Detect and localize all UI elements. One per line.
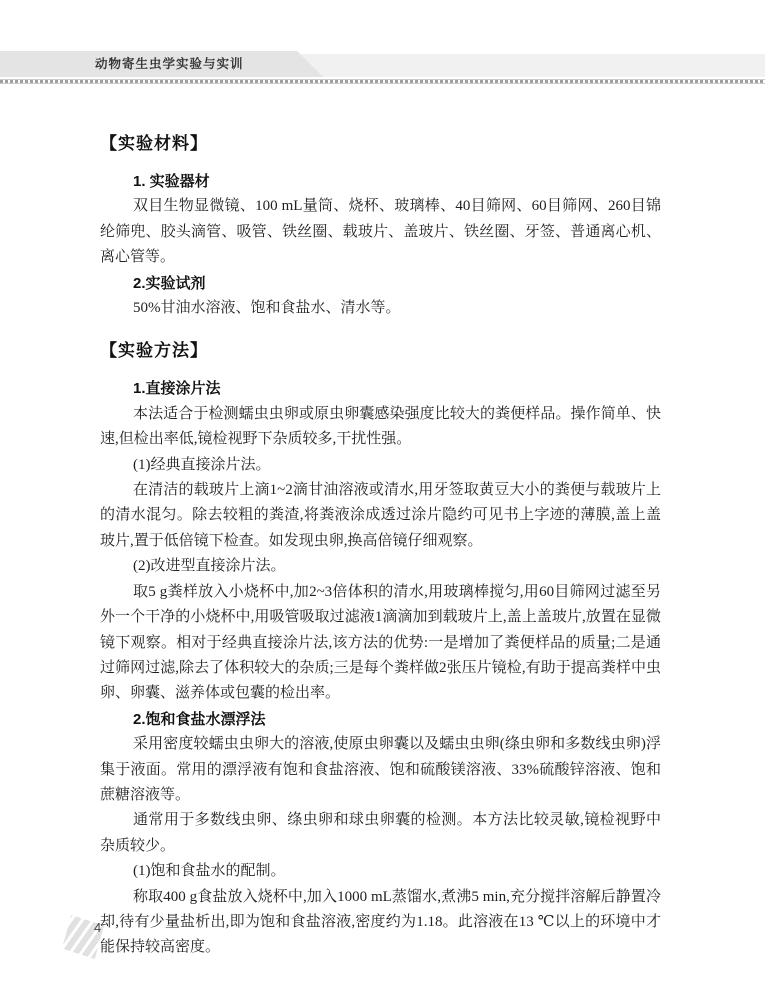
- list-item-improved-smear: (2)改进型直接涂片法。: [100, 554, 661, 579]
- paragraph-flotation-principle: 采用密度较蠕虫虫卵大的溶液,使原虫卵囊以及蠕虫虫卵(绦虫卵和多数线虫卵)浮集于液…: [100, 732, 661, 808]
- paragraph-improved-smear-steps: 取5 g粪样放入小烧杯中,加2~3倍体积的清水,用玻璃棒搅匀,用60目筛网过滤至…: [100, 580, 661, 707]
- running-head-book-title: 动物寄生虫学实验与实训: [95, 51, 244, 77]
- paragraph-reagents-list: 50%甘油水溶液、饱和食盐水、清水等。: [100, 296, 661, 321]
- paragraph-classic-smear-steps: 在清洁的载玻片上滴1~2滴甘油溶液或清水,用牙签取黄豆大小的粪便与载玻片上的清水…: [100, 478, 661, 554]
- sub-heading-flotation: 2.饱和食盐水漂浮法: [100, 707, 661, 732]
- list-item-saline-preparation: (1)饱和食盐水的配制。: [100, 859, 661, 884]
- paragraph-flotation-usage: 通常用于多数线虫卵、绦虫卵和球虫卵囊的检测。本方法比较灵敏,镜检视野中杂质较少。: [100, 808, 661, 859]
- paragraph-saline-steps: 称取400 g食盐放入烧杯中,加入1000 mL蒸馏水,煮沸5 min,充分搅拌…: [100, 885, 661, 961]
- section-heading-materials: 【实验材料】: [100, 131, 661, 156]
- section-heading-methods: 【实验方法】: [100, 338, 661, 363]
- list-item-classic-smear: (1)经典直接涂片法。: [100, 453, 661, 478]
- page-content: 【实验材料】 1. 实验器材 双目生物显微镜、100 mL量筒、烧杯、玻璃棒、4…: [100, 114, 661, 961]
- paragraph-direct-smear-intro: 本法适合于检测蠕虫虫卵或原虫卵囊感染强度比较大的粪便样品。操作简单、快速,但检出…: [100, 402, 661, 453]
- page-number: 4: [94, 920, 101, 935]
- header-dashed-rule: [0, 79, 765, 84]
- sub-heading-equipment: 1. 实验器材: [100, 169, 661, 194]
- sub-heading-reagents: 2.实验试剂: [100, 271, 661, 296]
- sub-heading-direct-smear: 1.直接涂片法: [100, 376, 661, 401]
- paragraph-equipment-list: 双目生物显微镜、100 mL量筒、烧杯、玻璃棒、40目筛网、60目筛网、260目…: [100, 194, 661, 270]
